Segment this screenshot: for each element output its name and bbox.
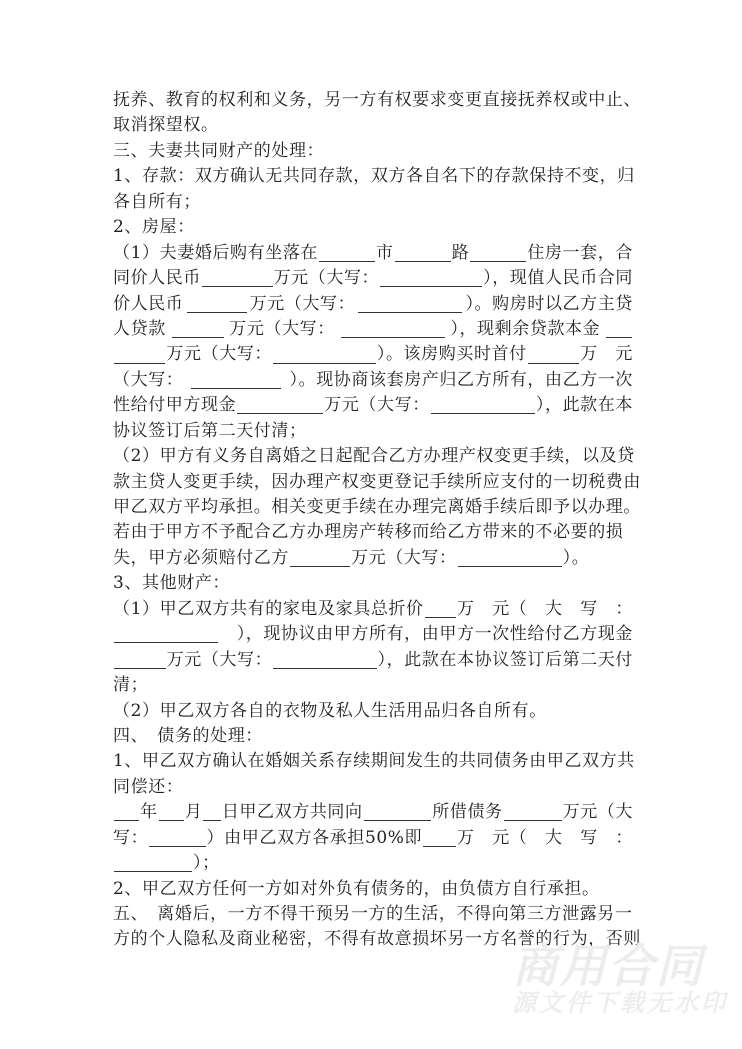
line-text: 万元（大写： [229,317,335,342]
fill-in-blank [606,321,632,338]
line-text: 年 [140,800,158,825]
line-text: 万元（大写： [167,648,273,673]
fill-in-blank [114,652,166,669]
line-text: 万元（大写： [351,546,457,571]
document-line: 抚养、教育的权利和义务，另一方有权要求变更直接抚养权或中止、 [113,88,633,113]
document-line: 2、甲乙双方任何一方如对外负有债务的，由负债方自行承担。 [113,877,633,902]
line-text: 万 元 [580,342,633,367]
document-line: 若由于甲方不予配合乙方办理房产转移而给乙方带来的不必要的损 [113,520,633,545]
line-text: 四、 债务的处理： [113,724,263,749]
line-text: 万元（大 [563,800,633,825]
document-line: 1、甲乙双方确认在婚姻关系存续期间发生的共同债务由甲乙双方共 [113,749,633,774]
fill-in-blank [187,296,247,313]
line-text: 1、存款：双方确认无共同存款，双方各自名下的存款保持不变，归 [113,164,635,189]
fill-in-blank [202,270,273,287]
line-text: 万 元（ 大 写 ： [457,597,633,622]
line-text: 路 [452,241,470,266]
document-body: 抚养、教育的权利和义务，另一方有权要求变更直接抚养权或中止、取消探望权。三、夫妻… [113,88,633,953]
fill-in-blank [504,804,562,821]
document-line: 五、 离婚后，一方不得干预另一方的生活，不得向第三方泄露另一 [113,902,633,927]
line-text: （2）甲乙双方各自的衣物及私人生活用品归各自所有。 [113,699,547,724]
document-line: 同偿还： [113,775,633,800]
line-text: ），现协议由甲方所有，由甲方一次性给付乙方现金 [237,622,633,647]
line-text: ）。该房购买时首付 [377,342,527,367]
line-text: 万元（大写： [166,342,272,367]
fill-in-blank [149,830,205,847]
line-text: （2）甲方有义务自离婚之日起配合乙方办理产权变更手续，以及贷 [113,444,635,469]
line-text: 性给付甲方现金 [113,393,236,418]
line-text: ）。 [563,546,590,571]
watermark-subtitle: 源文件下载无水印 [512,983,728,1018]
document-line: 性给付甲方现金万元（大写：），此款在本 [113,393,633,418]
fill-in-blank [114,855,192,872]
line-text: ）由甲乙双方各承担50%即 [207,826,423,851]
line-text: （1）甲乙双方共有的家电及家具总折价 [113,597,424,622]
fill-in-blank [273,652,376,669]
line-text: 同偿还： [113,775,183,800]
document-line: 万元（大写：）。该房购买时首付万 元 [113,342,633,367]
line-text: ）。现协商该套房产归乙方所有，由乙方一次 [290,368,634,393]
fill-in-blank [114,347,165,364]
fill-in-blank [159,804,184,821]
document-line: 写：）由甲乙双方各承担50%即万 元（ 大 写 ： [113,826,633,851]
fill-in-blank [528,347,579,364]
document-line: 协议签订后第二天付清； [113,419,633,444]
fill-in-blank [319,245,375,262]
line-text: 各自所有； [113,190,201,215]
line-text: （大写： [113,368,183,393]
fill-in-blank [114,626,218,643]
document-line: 万元（大写：），此款在本协议签订后第二天付 [113,648,633,673]
line-text: 万元（大写： [274,266,380,291]
line-text: 写： [113,826,148,851]
fill-in-blank [458,550,562,567]
line-text: 价人民币 [113,292,183,317]
line-text: ），此款在本 [536,393,633,418]
line-text: 月 [185,800,203,825]
document-page: 抚养、教育的权利和义务，另一方有权要求变更直接抚养权或中止、取消探望权。三、夫妻… [0,0,742,1049]
line-text: 协议签订后第二天付清； [113,419,307,444]
fill-in-blank [273,347,376,364]
fill-in-blank [237,397,323,414]
fill-in-blank [341,321,445,338]
line-text: 五、 离婚后，一方不得干预另一方的生活，不得向第三方泄露另一 [113,902,633,927]
fill-in-blank [395,245,451,262]
fill-in-blank [290,550,350,567]
fill-in-blank [380,270,482,287]
document-line: 失，甲方必须赔付乙方万元（大写：）。 [113,546,633,571]
line-text: （1）夫妻婚后购有坐落在 [113,241,318,266]
fill-in-blank [364,804,432,821]
document-line: 年月日甲乙双方共同向所借债务万元（大 [113,800,633,825]
document-line: 取消探望权。 [113,113,633,138]
line-text: 失，甲方必须赔付乙方 [113,546,289,571]
line-text: 万元（大写： [324,393,430,418]
line-text: ）。购房时以乙方主贷 [465,292,633,317]
line-text: 清； [113,673,148,698]
document-line: （2）甲乙双方各自的衣物及私人生活用品归各自所有。 [113,699,633,724]
document-line: 款主贷人变更手续，因办理产权变更登记手续所应支付的一切税费由 [113,470,633,495]
line-text: 所借债务 [432,800,502,825]
line-text: 3、其他财产： [113,571,230,596]
fill-in-blank [431,397,535,414]
fill-in-blank [203,804,220,821]
fill-in-blank [358,296,462,313]
document-line: ），现协议由甲方所有，由甲方一次性给付乙方现金 [113,622,633,647]
line-text: 抚养、教育的权利和义务，另一方有权要求变更直接抚养权或中止、 [113,88,641,113]
fill-in-blank [425,601,456,618]
document-line: 价人民币万元（大写：）。购房时以乙方主贷 [113,292,633,317]
line-text: 万 元（ 大 写 ： [457,826,633,851]
line-text: ），此款在本协议签订后第二天付 [378,648,634,673]
line-text: ），现剩余贷款本金 [450,317,600,342]
document-line: 四、 债务的处理： [113,724,633,749]
line-text: 人贷款 [113,317,166,342]
fill-in-blank [191,372,281,389]
fill-in-blank [423,830,456,847]
document-line: 人贷款万元（大写：），现剩余贷款本金 [113,317,633,342]
line-text: 2、房屋： [113,215,195,240]
document-line: 方的个人隐私及商业秘密，不得有故意损坏另一方名誉的行为，否则 [113,927,633,952]
document-line: 3、其他财产： [113,571,633,596]
fill-in-blank [470,245,526,262]
document-line: （大写：）。现协商该套房产归乙方所有，由乙方一次 [113,368,633,393]
line-text: 方的个人隐私及商业秘密，不得有故意损坏另一方名誉的行为，否则 [113,927,641,952]
line-text: 款主贷人变更手续，因办理产权变更登记手续所应支付的一切税费由 [113,470,641,495]
line-text: 三、夫妻共同财产的处理： [113,139,324,164]
line-text: 同价人民币 [113,266,201,291]
line-text: ）； [193,851,220,876]
document-line: 清； [113,673,633,698]
line-text: 住房一套，合 [527,241,633,266]
document-line: （2）甲方有义务自离婚之日起配合乙方办理产权变更手续，以及贷 [113,444,633,469]
line-text: 甲乙双方平均承担。相关变更手续在办理完离婚手续后即予以办理。 [113,495,641,520]
line-text: 2、甲乙双方任何一方如对外负有债务的，由负债方自行承担。 [113,877,600,902]
line-text: 1、甲乙双方确认在婚姻关系存续期间发生的共同债务由甲乙双方共 [113,749,635,774]
document-line: 2、房屋： [113,215,633,240]
document-line: 同价人民币万元（大写：），现值人民币合同 [113,266,633,291]
document-line: 甲乙双方平均承担。相关变更手续在办理完离婚手续后即予以办理。 [113,495,633,520]
document-line: （1）夫妻婚后购有坐落在市路住房一套，合 [113,241,633,266]
document-line: （1）甲乙双方共有的家电及家具总折价万 元（ 大 写 ： [113,597,633,622]
document-line: ）； [113,851,633,876]
fill-in-blank [114,804,139,821]
document-line: 1、存款：双方确认无共同存款，双方各自名下的存款保持不变，归 [113,164,633,189]
fill-in-blank [172,321,224,338]
line-text: ），现值人民币合同 [483,266,633,291]
document-line: 三、夫妻共同财产的处理： [113,139,633,164]
line-text: 若由于甲方不予配合乙方办理房产转移而给乙方带来的不必要的损 [113,520,623,545]
document-line: 各自所有； [113,190,633,215]
line-text: 市 [376,241,394,266]
line-text: 万元（大写： [250,292,356,317]
line-text: 取消探望权。 [113,113,219,138]
line-text: 日甲乙双方共同向 [222,800,363,825]
